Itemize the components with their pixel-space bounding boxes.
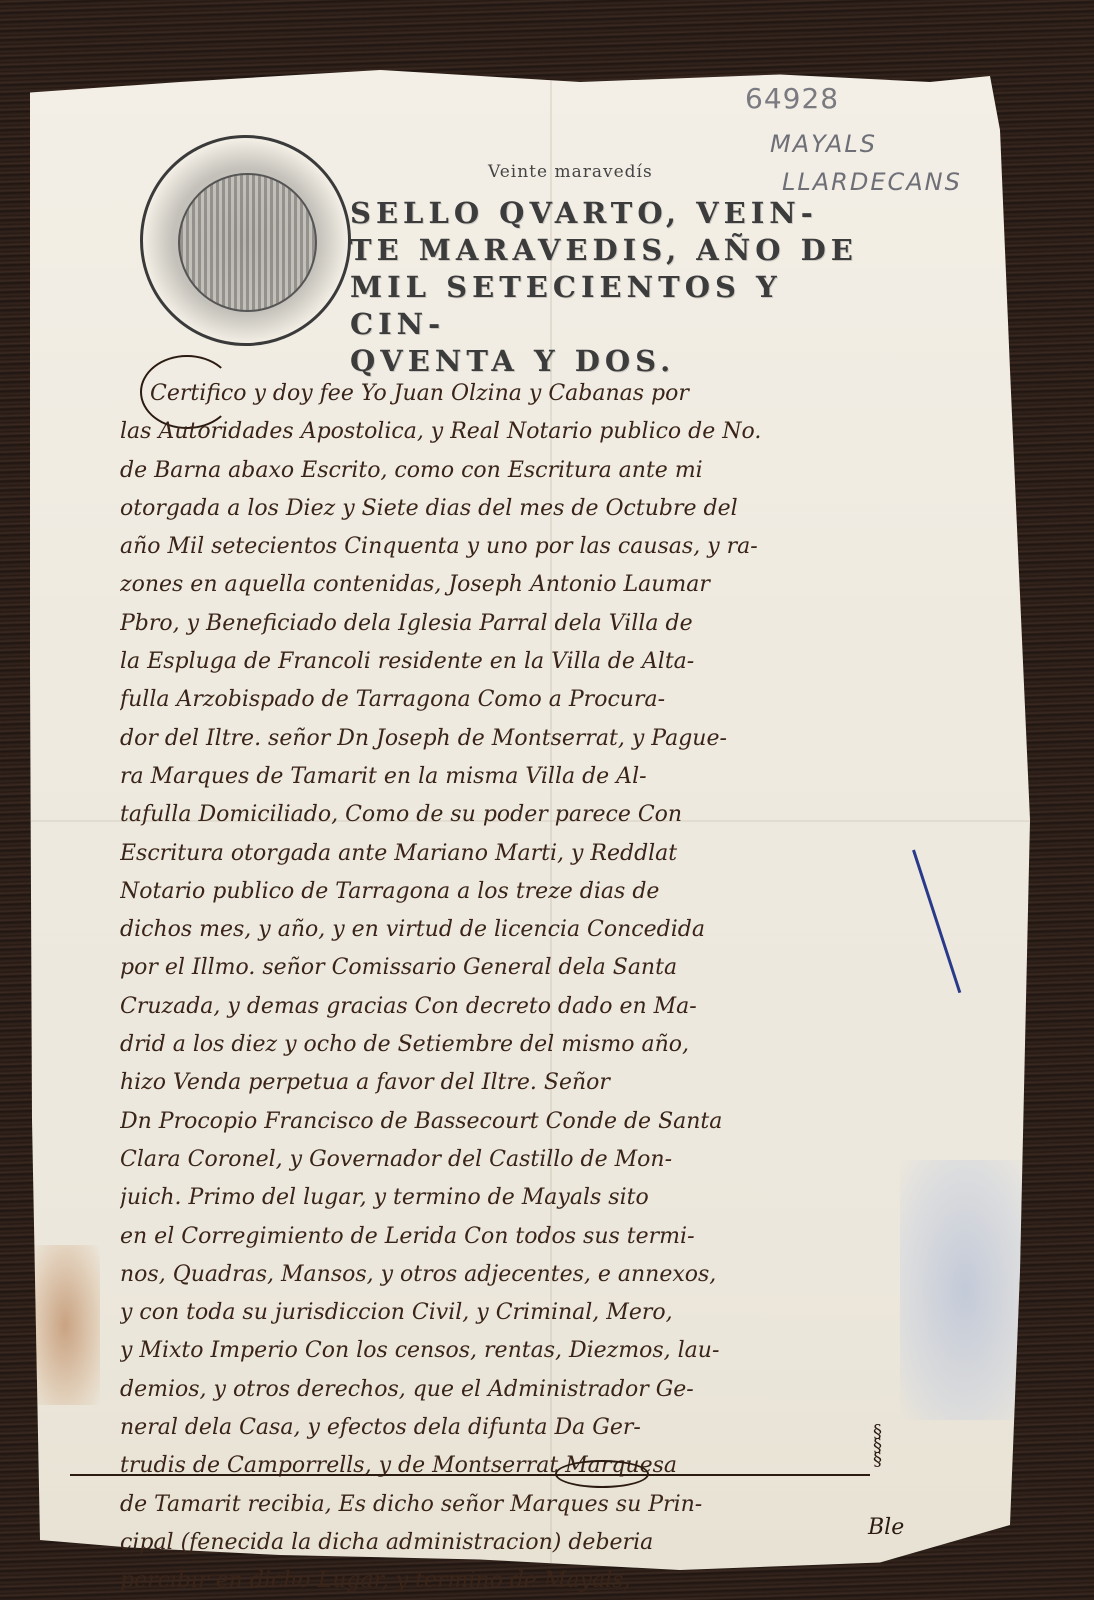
manuscript-line: Dn Procopio Francisco de Bassecourt Cond… — [120, 1103, 900, 1141]
manuscript-line: las Autoridades Apostolica, y Real Notar… — [120, 413, 900, 451]
manuscript-line: Clara Coronel, y Governador del Castillo… — [120, 1141, 900, 1179]
stamped-paper-title: SELLO QVARTO, VEIN- TE MARAVEDIS, AÑO DE… — [350, 195, 890, 380]
pencil-note-line-1: MAYALS — [770, 130, 877, 158]
manuscript-line: dichos mes, y año, y en virtud de licenc… — [120, 911, 900, 949]
manuscript-line: otorgada a los Diez y Siete dias del mes… — [120, 490, 900, 528]
manuscript-line: Pbro, y Beneficiado dela Iglesia Parral … — [120, 605, 900, 643]
paper-repair-patch-right — [900, 1160, 1030, 1420]
manuscript-body: Certifico y doy fee Yo Juan Olzina y Cab… — [120, 375, 900, 1600]
manuscript-line: percibir en dicho Lugar, y termino de Ma… — [120, 1562, 900, 1600]
manuscript-line: tafulla Domiciliado, Como de su poder pa… — [120, 796, 900, 834]
manuscript-line: juich. Primo del lugar, y termino de May… — [120, 1179, 900, 1217]
manuscript-line: Escritura otorgada ante Mariano Marti, y… — [120, 835, 900, 873]
stamp-title-line: TE MARAVEDIS, AÑO DE — [350, 232, 890, 269]
pencil-note-line-2: LLARDECANS — [782, 168, 962, 196]
manuscript-line: de Tamarit recibia, Es dicho señor Marqu… — [120, 1486, 900, 1524]
manuscript-line: ra Marques de Tamarit en la misma Villa … — [120, 758, 900, 796]
closing-signature-mark: Ble — [868, 1515, 904, 1540]
margin-squiggle-icon: §§§ — [873, 1425, 882, 1467]
stamp-title-line: MIL SETECIENTOS Y CIN- — [350, 269, 890, 343]
stamp-title-line: SELLO QVARTO, VEIN- — [350, 195, 890, 232]
flourish-loop — [555, 1460, 649, 1488]
stamp-value-heading: Veinte maravedís — [488, 162, 653, 182]
water-stain-left — [30, 1245, 100, 1405]
manuscript-line: zones en aquella contenidas, Joseph Anto… — [120, 566, 900, 604]
manuscript-line: cipal (fenecida la dicha administracion)… — [120, 1524, 900, 1562]
manuscript-line: Certifico y doy fee Yo Juan Olzina y Cab… — [120, 375, 900, 413]
royal-seal-stamp: FERDINANDUS VI D.G. HISPANIARUM REX — [140, 135, 351, 346]
manuscript-line: dor del Iltre. señor Dn Joseph de Montse… — [120, 720, 900, 758]
seal-legend: FERDINANDUS VI D.G. HISPANIARUM REX — [143, 138, 348, 343]
manuscript-line: de Barna abaxo Escrito, como con Escritu… — [120, 452, 900, 490]
manuscript-line: Cruzada, y demas gracias Con decreto dad… — [120, 988, 900, 1026]
manuscript-line: nos, Quadras, Mansos, y otros adjecentes… — [120, 1256, 900, 1294]
manuscript-line: y Mixto Imperio Con los censos, rentas, … — [120, 1332, 900, 1370]
manuscript-line: en el Corregimiento de Lerida Con todos … — [120, 1218, 900, 1256]
manuscript-line: hizo Venda perpetua a favor del Iltre. S… — [120, 1064, 900, 1102]
manuscript-line: demios, y otros derechos, que el Adminis… — [120, 1371, 900, 1409]
manuscript-line: la Espluga de Francoli residente en la V… — [120, 643, 900, 681]
manuscript-line: por el Illmo. señor Comissario General d… — [120, 949, 900, 987]
manuscript-line: neral dela Casa, y efectos dela difunta … — [120, 1409, 900, 1447]
archive-catalog-number: 64928 — [745, 82, 839, 115]
manuscript-line: drid a los diez y ocho de Setiembre del … — [120, 1026, 900, 1064]
manuscript-line: trudis de Camporrells, y de Montserrat M… — [120, 1447, 900, 1485]
manuscript-line: y con toda su jurisdiccion Civil, y Crim… — [120, 1294, 900, 1332]
closing-line-flourish — [70, 1470, 870, 1476]
manuscript-line: fulla Arzobispado de Tarragona Como a Pr… — [120, 681, 900, 719]
manuscript-line: año Mil setecientos Cinquenta y uno por … — [120, 528, 900, 566]
manuscript-line: Notario publico de Tarragona a los treze… — [120, 873, 900, 911]
